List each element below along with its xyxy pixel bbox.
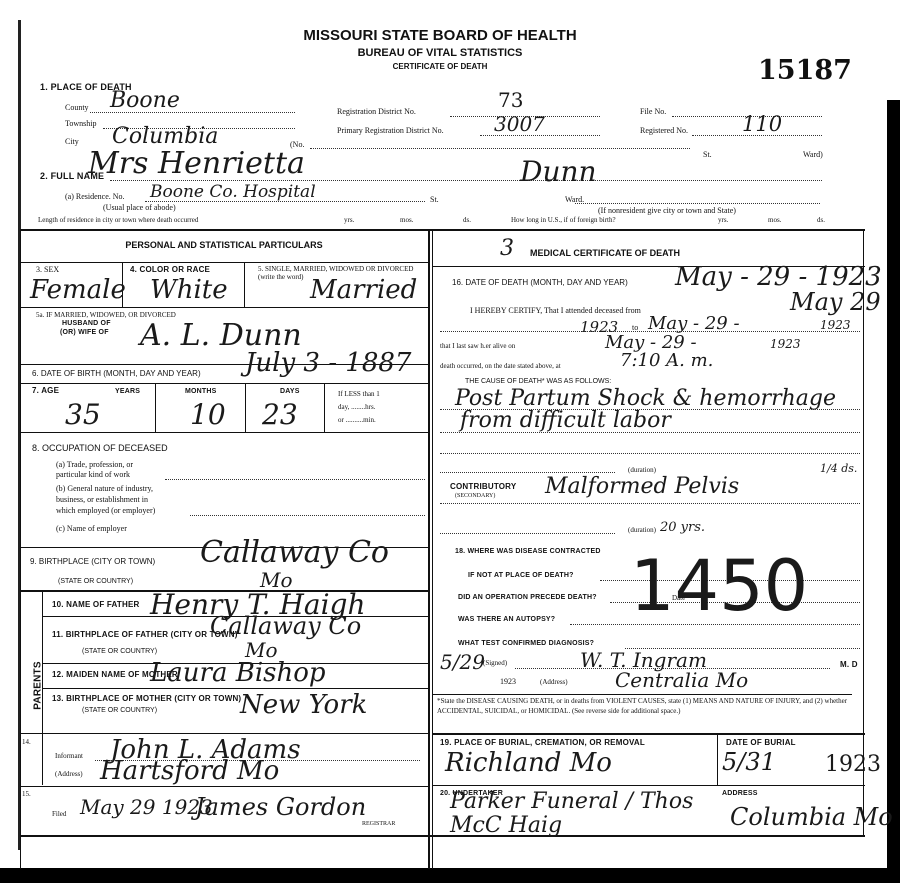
spouse-label-3: (OR) WIFE OF — [60, 329, 109, 336]
filed-num: 15. — [22, 790, 31, 798]
occ-b-label: (b) General nature of industry, — [56, 484, 153, 493]
duration-label-2: (duration) — [628, 526, 656, 534]
occ-a-label: (a) Trade, profession, or — [56, 460, 133, 469]
physician-address-label: (Address) — [540, 678, 568, 686]
registrar-label: REGISTRAR — [362, 821, 395, 827]
last-saw-label: that I last saw h.er alive on — [440, 342, 515, 350]
informant-label: Informant — [55, 752, 83, 760]
age-days: 23 — [262, 398, 298, 431]
reg-district-value: 73 — [498, 88, 523, 112]
dob-value: July 3 - 1887 — [245, 348, 411, 378]
ward-label: Ward) — [803, 150, 823, 159]
dod-label: 16. DATE OF DEATH (MONTH, DAY AND YEAR) — [452, 278, 628, 287]
occ-a-label-2: particular kind of work — [56, 470, 130, 479]
to-label: to — [632, 323, 638, 332]
primary-reg-value: 3007 — [494, 112, 545, 136]
us-mos-label: mos. — [768, 216, 781, 224]
occupation-label: 8. OCCUPATION OF DECEASED — [32, 443, 168, 453]
filed-date: May 29 1923 — [80, 795, 213, 819]
undertaker-address-label: ADDRESS — [722, 790, 758, 797]
attended-to: May - 29 - — [648, 313, 740, 334]
test-label: WHAT TEST CONFIRMED DIAGNOSIS? — [458, 640, 594, 647]
medical-section-title: MEDICAL CERTIFICATE OF DEATH — [530, 248, 680, 258]
us-ds-label: ds. — [817, 216, 825, 224]
county-value: Boone — [110, 88, 180, 113]
death-time-value: 7:10 A. m. — [620, 350, 713, 371]
spouse-label-2: HUSBAND OF — [62, 320, 111, 327]
days-label: DAYS — [280, 388, 300, 395]
age-years: 35 — [65, 398, 101, 431]
birthplace-label: 9. BIRTHPLACE (CITY OR TOWN) — [30, 557, 155, 566]
residence-label: (a) Residence. No. — [65, 192, 125, 201]
mother-bp-value: New York — [240, 690, 367, 720]
registrar-signature: James Gordon — [195, 793, 366, 821]
father-label: 10. NAME OF FATHER — [52, 600, 139, 609]
months-label: MONTHS — [185, 388, 217, 395]
file-no-label: File No. — [640, 107, 666, 116]
parents-label: PARENTS — [33, 661, 44, 709]
secondary-label: (SECONDARY) — [455, 493, 495, 499]
certify-label: I HEREBY CERTIFY, That I attended deceas… — [470, 306, 641, 315]
marital-value: Married — [310, 275, 417, 305]
where-contracted-label-2: IF NOT AT PLACE OF DEATH? — [468, 572, 574, 579]
township-label: Township — [65, 119, 96, 128]
ds-label: ds. — [463, 216, 471, 224]
margin-code: 1450 — [630, 545, 808, 627]
burial-date-value: 5/31 — [722, 748, 776, 776]
autopsy-label: WAS THERE AN AUTOPSY? — [458, 616, 555, 623]
medical-section-num: 3 — [500, 236, 514, 261]
sex-value: Female — [30, 275, 126, 305]
residence-note: (Usual place of abode) — [103, 203, 176, 212]
full-name-given: Mrs Henrietta — [88, 146, 305, 181]
to-year: 1923 — [820, 318, 851, 332]
age-months: 10 — [190, 398, 226, 431]
occ-b-label-2: business, or establishment in — [56, 495, 148, 504]
cause-label: THE CAUSE OF DEATH* WAS AS FOLLOWS: — [465, 378, 611, 385]
signed-label: (Signed) — [483, 659, 507, 667]
certificate-number: 15187 — [758, 55, 852, 86]
residence-value: Boone Co. Hospital — [150, 182, 316, 202]
st-label: St. — [703, 150, 712, 159]
md-label: M. D — [840, 660, 858, 669]
duration-1: 1/4 ds. — [820, 462, 857, 475]
color-label: 4. COLOR OR RACE — [130, 265, 210, 274]
years-label: YEARS — [115, 388, 140, 395]
less-than-day-label: If LESS than 1 — [338, 390, 380, 398]
color-value: White — [150, 275, 228, 305]
operation-label: DID AN OPERATION PRECEDE DEATH? — [458, 594, 597, 601]
county-label: County — [65, 103, 89, 112]
certificate-subtitle: CERTIFICATE OF DEATH — [230, 62, 650, 71]
burial-date-label: DATE OF BURIAL — [726, 738, 796, 747]
us-yrs-label: yrs. — [718, 216, 728, 224]
last-saw-year: 1923 — [770, 337, 801, 351]
cause-line-2: from difficult labor — [460, 408, 671, 433]
sex-label: 3. SEX — [36, 265, 59, 274]
where-contracted-label: 18. WHERE WAS DISEASE CONTRACTED — [455, 548, 601, 555]
nonresident-note: (If nonresident give city or town and St… — [598, 206, 736, 215]
duration-2: 20 yrs. — [660, 520, 705, 535]
cause-footnote: *State the DISEASE CAUSING DEATH, or in … — [437, 696, 852, 716]
undertaker-value: Parker Funeral / Thos McC Haig — [450, 790, 720, 838]
registered-no-label: Registered No. — [640, 126, 688, 135]
mother-bp-state-label: (STATE OR COUNTRY) — [82, 707, 157, 714]
personal-section-title: PERSONAL AND STATISTICAL PARTICULARS — [20, 240, 428, 250]
birthplace-state-label: (STATE OR COUNTRY) — [58, 578, 133, 585]
physician-address: Centralia Mo — [615, 668, 748, 692]
burial-year: 1923 — [825, 752, 881, 777]
age-label: 7. AGE — [32, 386, 59, 395]
minutes-label: or ..........min. — [338, 416, 376, 424]
reg-district-label: Registration District No. — [337, 107, 416, 116]
mos-label: mos. — [400, 216, 413, 224]
yrs-label: yrs. — [344, 216, 354, 224]
signed-year: 1923 — [500, 677, 516, 686]
informant-address-value: Hartsford Mo — [100, 756, 279, 786]
burial-place-label: 19. PLACE OF BURIAL, CREMATION, OR REMOV… — [440, 738, 645, 747]
duration-label-1: (duration) — [628, 466, 656, 474]
informant-num: 14. — [22, 738, 31, 746]
scan-right-edge — [887, 100, 900, 883]
city-label: City — [65, 137, 79, 146]
attended-from: May 29 — [790, 288, 881, 316]
mother-value: Laura Bishop — [150, 658, 326, 688]
death-time-label: death occurred, on the date stated above… — [440, 362, 561, 370]
full-name-surname: Dunn — [520, 155, 597, 188]
scan-bottom-edge — [0, 868, 900, 883]
occ-b-label-3: which employed (or employer) — [56, 506, 155, 515]
form-title: MISSOURI STATE BOARD OF HEALTH — [230, 27, 650, 44]
informant-address-label: (Address) — [55, 770, 83, 778]
bureau-title: BUREAU OF VITAL STATISTICS — [230, 47, 650, 59]
primary-reg-label: Primary Registration District No. — [337, 126, 444, 135]
us-residence-label: How long in U.S., if of foreign birth? — [511, 216, 616, 224]
contributory-label: CONTRIBUTORY — [450, 482, 516, 491]
burial-place-value: Richland Mo — [445, 748, 612, 778]
contributory-value: Malformed Pelvis — [545, 474, 739, 499]
birthplace-value: Callaway Co — [200, 535, 389, 570]
dob-label: 6. DATE OF BIRTH (MONTH, DAY AND YEAR) — [32, 369, 201, 378]
mother-bp-label: 13. BIRTHPLACE OF MOTHER (CITY OR TOWN) — [52, 694, 241, 703]
residence-st-label: St. — [430, 195, 439, 204]
filed-label: Filed — [52, 810, 66, 818]
father-bp-value: Callaway Co — [210, 612, 361, 640]
registered-no-value: 110 — [742, 112, 782, 136]
occ-c-label: (c) Name of employer — [56, 524, 127, 533]
father-bp-state-label: (STATE OR COUNTRY) — [82, 648, 157, 655]
undertaker-address-value: Columbia Mo — [730, 803, 893, 831]
hours-label: day, ........hrs. — [338, 403, 375, 411]
length-residence-label: Length of residence in city or town wher… — [38, 216, 198, 224]
signed-date: 5/29 — [440, 650, 485, 674]
